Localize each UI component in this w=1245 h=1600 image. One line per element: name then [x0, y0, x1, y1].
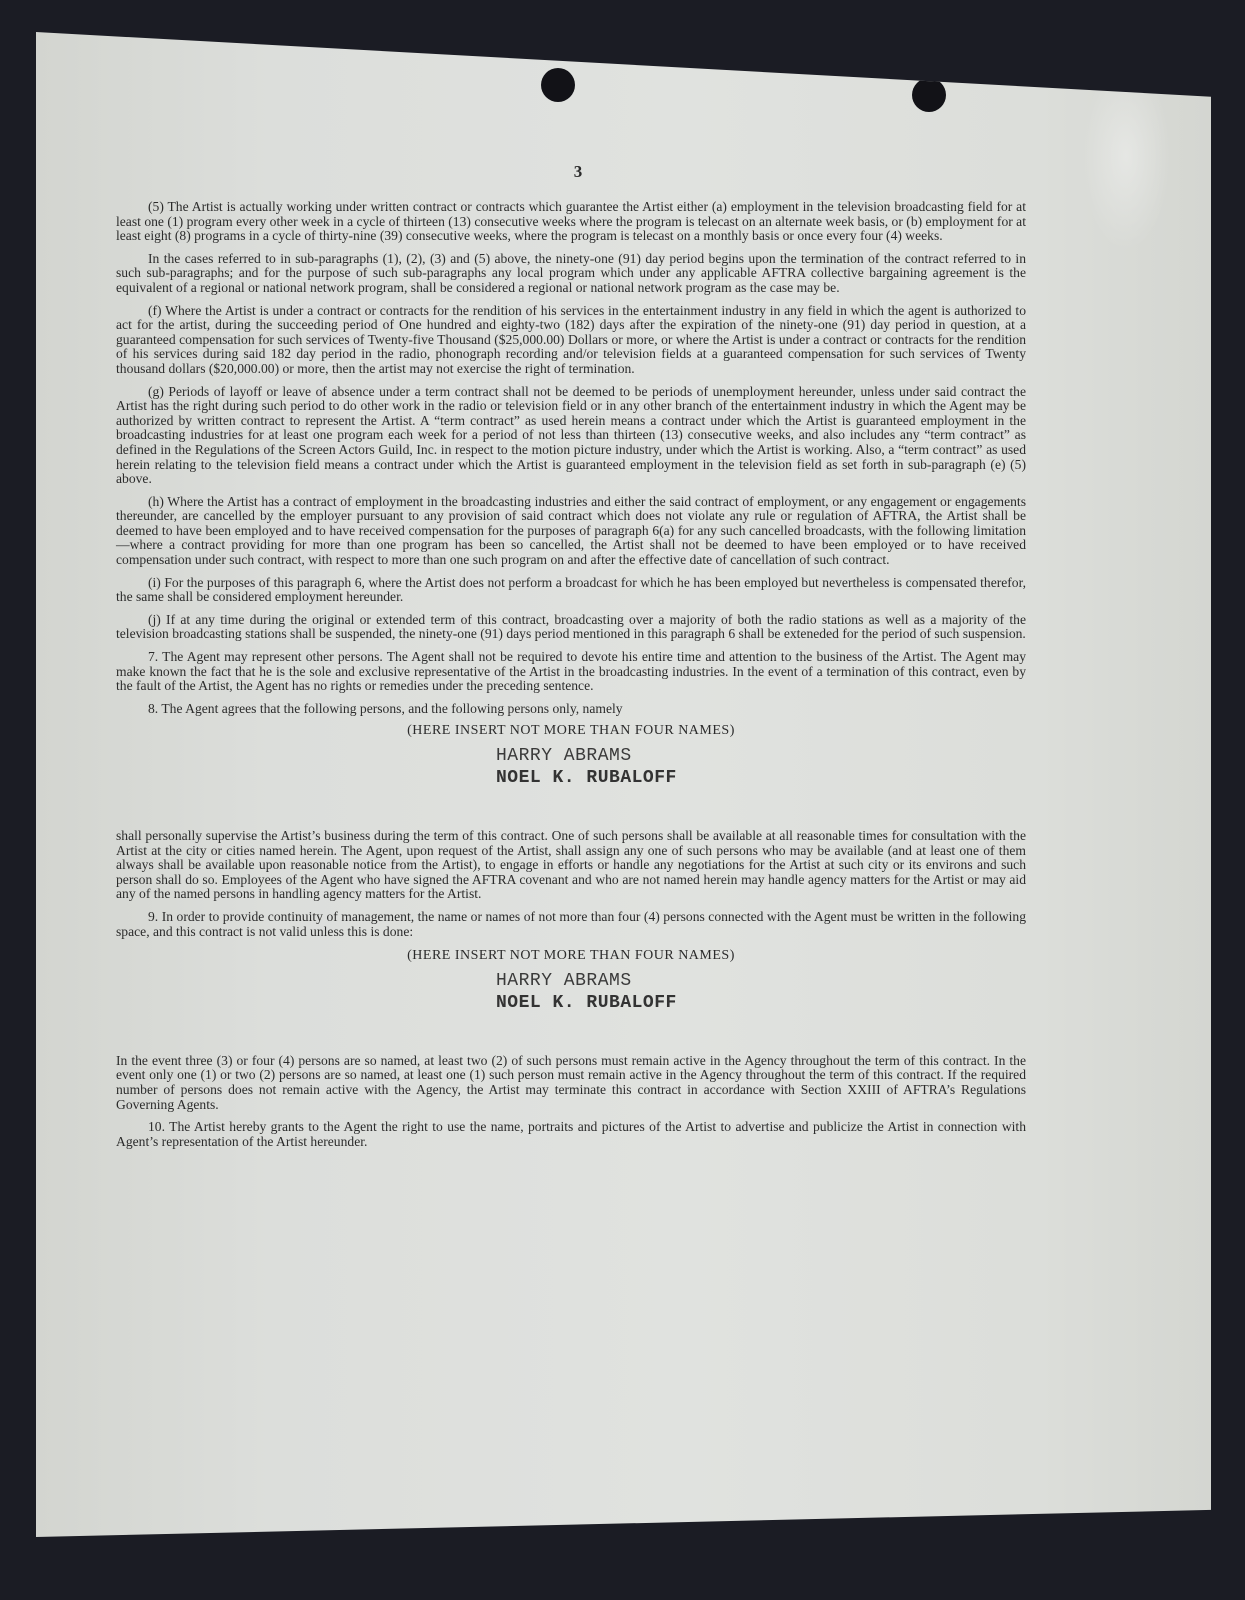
paragraph-i: (i) For the purposes of this paragraph 6… [116, 576, 1026, 605]
paragraph-9b: In the event three (3) or four (4) perso… [116, 1054, 1026, 1112]
contract-body: (5) The Artist is actually working under… [116, 200, 1026, 1157]
paragraphs-before: (5) The Artist is actually working under… [116, 200, 1026, 716]
typed-name: HARRY ABRAMS [496, 745, 1026, 767]
typed-names-1: HARRY ABRAMS NOEL K. RUBALOFF [496, 745, 1026, 789]
insert-names-heading: (HERE INSERT NOT MORE THAN FOUR NAMES) [116, 724, 1026, 739]
paragraph-j: (j) If at any time during the original o… [116, 613, 1026, 642]
paragraph-10: 10. The Artist hereby grants to the Agen… [116, 1120, 1026, 1149]
paragraph-h: (h) Where the Artist has a contract of e… [116, 495, 1026, 568]
paragraph-g: (g) Periods of layoff or leave of absenc… [116, 385, 1026, 487]
page-number: 3 [568, 162, 588, 182]
paragraph-8b: shall personally supervise the Artist’s … [116, 829, 1026, 902]
paragraph-p5: (5) The Artist is actually working under… [116, 200, 1026, 244]
insert-names-heading: (HERE INSERT NOT MORE THAN FOUR NAMES) [116, 949, 1026, 964]
paragraphs-after: In the event three (3) or four (4) perso… [116, 1054, 1026, 1150]
punch-hole [541, 68, 575, 102]
paragraph-8: 8. The Agent agrees that the following p… [116, 702, 1026, 717]
typed-name: NOEL K. RUBALOFF [496, 767, 1026, 789]
typed-name: HARRY ABRAMS [496, 970, 1026, 992]
typed-name: NOEL K. RUBALOFF [496, 992, 1026, 1014]
punch-hole [912, 78, 946, 112]
paragraph-f: (f) Where the Artist is under a contract… [116, 304, 1026, 377]
paper-crease [1081, 92, 1171, 252]
typed-names-2: HARRY ABRAMS NOEL K. RUBALOFF [496, 970, 1026, 1014]
paragraph-7: 7. The Agent may represent other persons… [116, 650, 1026, 694]
paragraphs-middle: shall personally supervise the Artist’s … [116, 829, 1026, 939]
paragraph-cases: In the cases referred to in sub-paragrap… [116, 252, 1026, 296]
paragraph-9: 9. In order to provide continuity of man… [116, 910, 1026, 939]
